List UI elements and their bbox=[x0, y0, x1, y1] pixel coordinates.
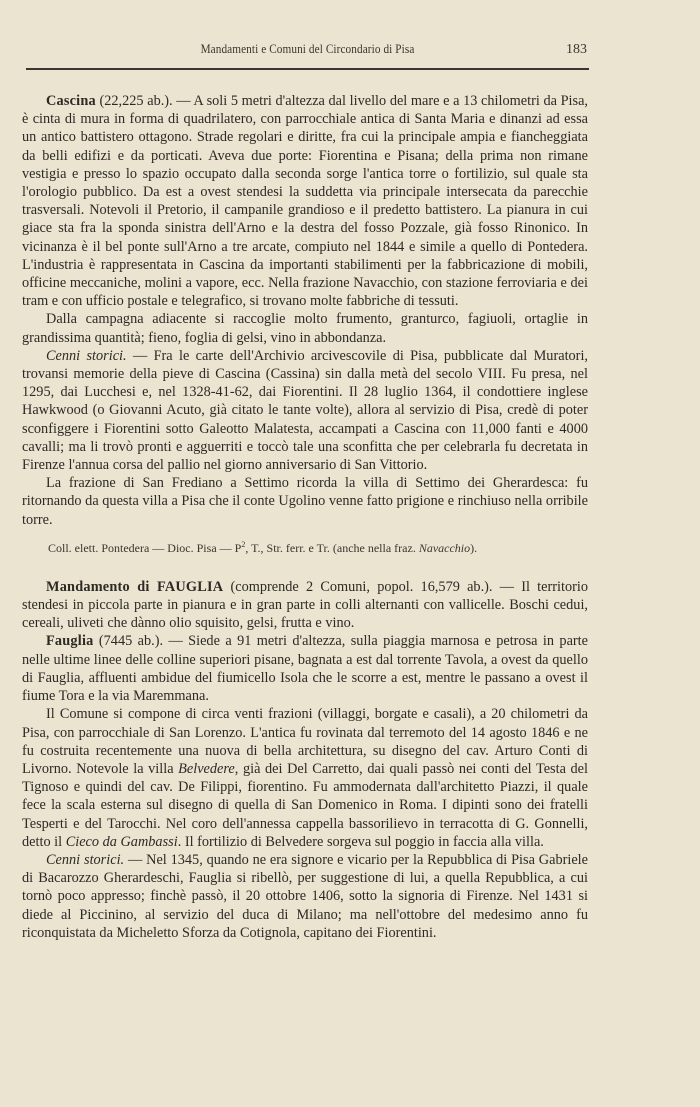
cascina-history: Cenni storici. — Fra le carte dell'Archi… bbox=[22, 347, 588, 474]
header-rule bbox=[26, 68, 589, 70]
running-title: Mandamenti e Comuni del Circondario di P… bbox=[54, 42, 561, 57]
body-text: Cascina (22,225 ab.). — A soli 5 metri d… bbox=[22, 92, 588, 942]
cascina-paragraph-1: Cascina (22,225 ab.). — A soli 5 metri d… bbox=[22, 92, 588, 310]
fauglia-paragraph-1: Fauglia (7445 ab.). — Siede a 91 metri d… bbox=[22, 632, 588, 705]
page-header: Mandamenti e Comuni del Circondario di P… bbox=[26, 42, 589, 62]
cascina-paragraph-2: Dalla campagna adiacente si raccoglie mo… bbox=[22, 310, 588, 346]
section-heading-fauglia: Mandamento di FAUGLIA bbox=[46, 579, 223, 595]
document-page: Mandamenti e Comuni del Circondario di P… bbox=[0, 0, 700, 1107]
page-number: 183 bbox=[566, 42, 587, 58]
entry-heading-cascina: Cascina bbox=[46, 93, 96, 109]
fauglia-paragraph-2: Il Comune si compone di circa venti fraz… bbox=[22, 705, 588, 851]
fauglia-history: Cenni storici. — Nel 1345, quando ne era… bbox=[22, 851, 588, 942]
cascina-note: Coll. elett. Pontedera — Dioc. Pisa — P2… bbox=[22, 537, 588, 556]
mandamento-paragraph: Mandamento di FAUGLIA (comprende 2 Comun… bbox=[22, 578, 588, 633]
section-gap bbox=[22, 556, 588, 578]
cascina-paragraph-4: La frazione di San Frediano a Settimo ri… bbox=[22, 474, 588, 529]
entry-heading-fauglia: Fauglia bbox=[46, 633, 93, 649]
